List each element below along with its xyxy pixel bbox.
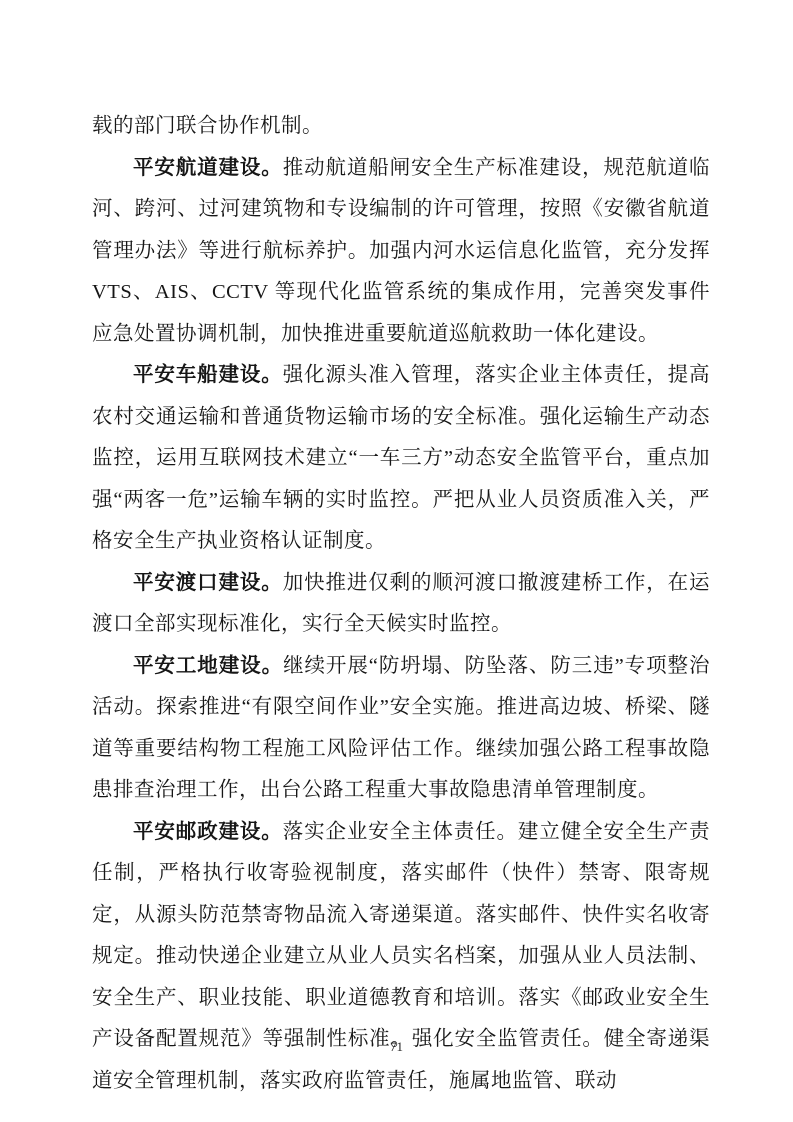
- paragraph-pingan-dukou: 平安渡口建设。加快推进仅剩的顺河渡口撤渡建桥工作，在运渡口全部实现标准化，实行全…: [92, 563, 710, 646]
- paragraph-pingan-youzheng: 平安邮政建设。落实企业安全主体责任。建立健全安全生产责任制，严格执行收寄验视制度…: [92, 812, 710, 1103]
- document-page: 载的部门联合协作机制。 平安航道建设。推动航道船闸安全生产标准建设，规范航道临河…: [0, 0, 793, 1122]
- paragraph-pingan-gongdi: 平安工地建设。继续开展“防坍塌、防坠落、防三违”专项整治活动。探索推进“有限空间…: [92, 646, 710, 812]
- paragraph-lead: 平安航道建设。: [133, 157, 283, 179]
- paragraph-lead: 平安车船建设。: [133, 364, 283, 386]
- paragraph-lead: 平安邮政建设。: [133, 821, 283, 843]
- paragraph-text: 载的部门联合协作机制。: [92, 115, 323, 137]
- page-number: 71: [0, 1038, 793, 1056]
- document-body: 载的部门联合协作机制。 平安航道建设。推动航道船闸安全生产标准建设，规范航道临河…: [92, 106, 710, 1102]
- paragraph-continuation: 载的部门联合协作机制。: [92, 106, 710, 148]
- paragraph-pingan-chechuan: 平安车船建设。强化源头准入管理，落实企业主体责任，提高农村交通运输和普通货物运输…: [92, 355, 710, 563]
- paragraph-text: 推动航道船闸安全生产标准建设，规范航道临河、跨河、过河建筑物和专设编制的许可管理…: [92, 157, 710, 345]
- paragraph-lead: 平安工地建设。: [133, 655, 283, 677]
- paragraph-lead: 平安渡口建设。: [133, 572, 283, 594]
- paragraph-pingan-hangdao: 平安航道建设。推动航道船闸安全生产标准建设，规范航道临河、跨河、过河建筑物和专设…: [92, 148, 710, 356]
- paragraph-text: 强化源头准入管理，落实企业主体责任，提高农村交通运输和普通货物运输市场的安全标准…: [92, 364, 710, 552]
